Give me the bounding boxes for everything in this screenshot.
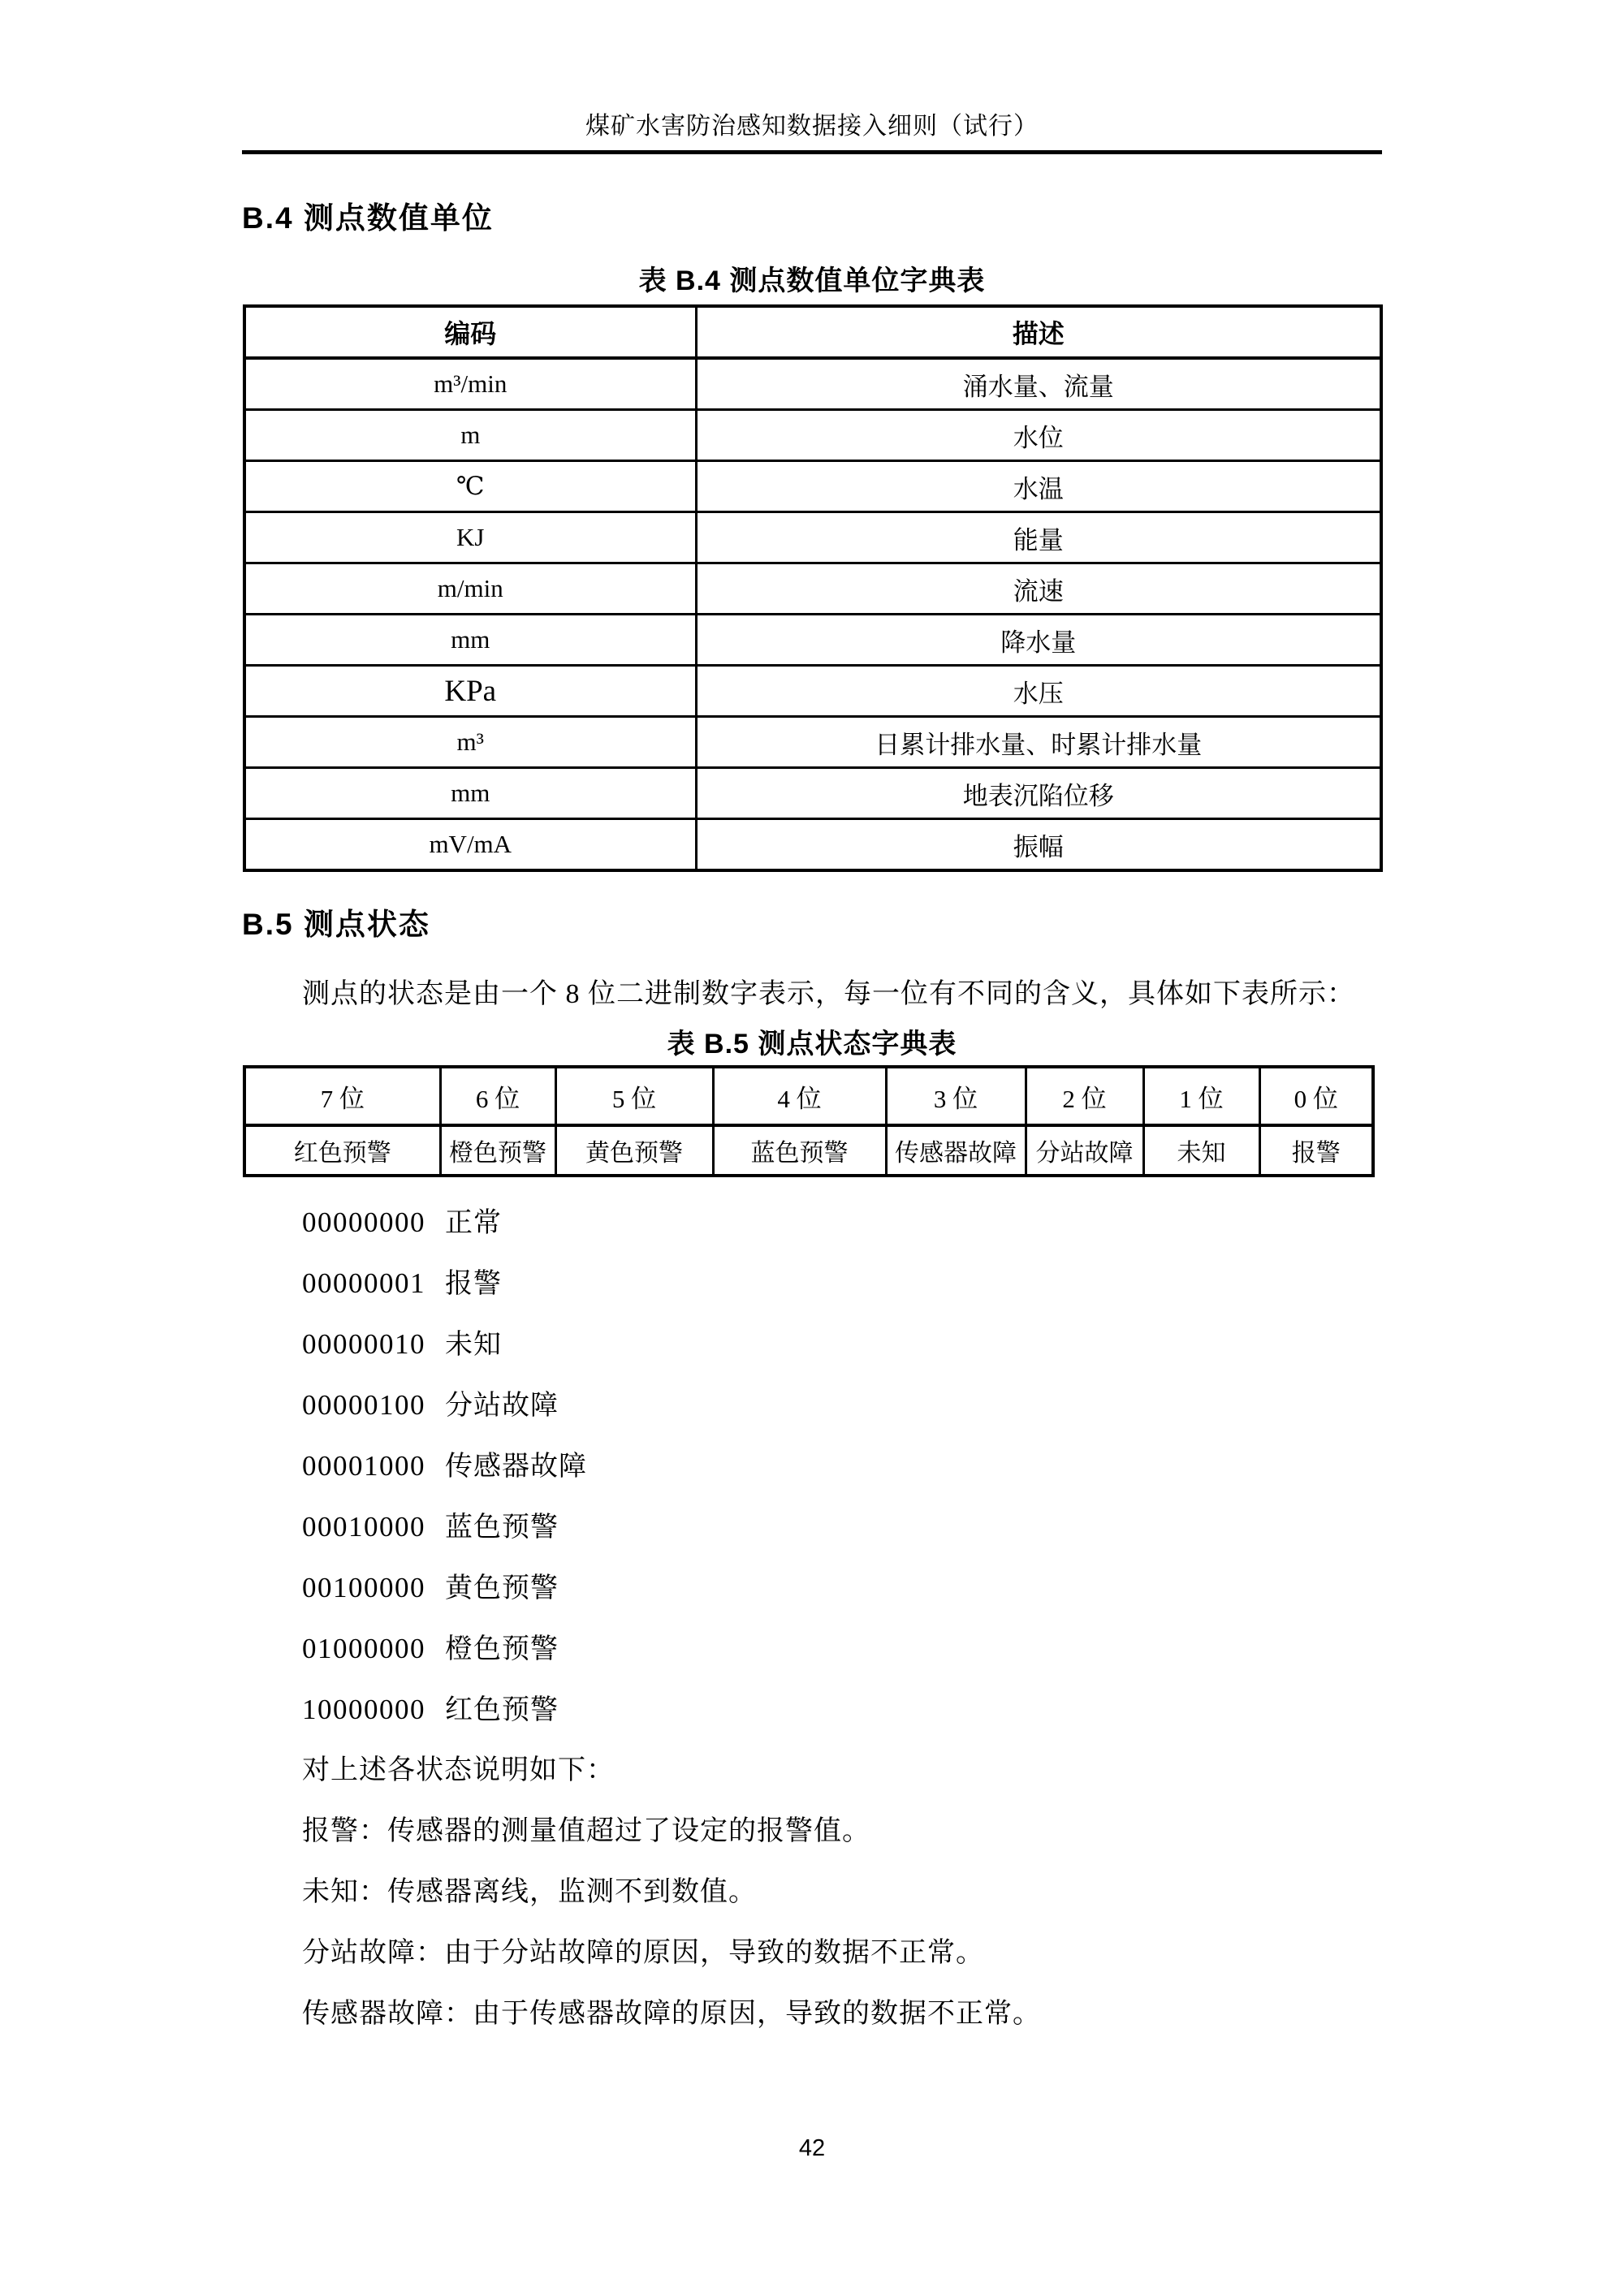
- bit-header-cell: 2 位: [1026, 1067, 1143, 1125]
- bit-meaning-cell: 蓝色预警: [713, 1125, 886, 1176]
- binary-code: 00001000: [302, 1450, 425, 1482]
- unit-desc-cell: 日累计排水量、时累计排水量: [696, 717, 1381, 768]
- table-b4-caption: 表 B.4 测点数值单位字典表: [0, 265, 1624, 297]
- table-row: m 水位: [244, 410, 1381, 461]
- unit-code-cell: m: [244, 410, 696, 461]
- notes-intro-line: 对上述各状态说明如下：: [302, 1740, 1041, 1801]
- unit-desc-cell: 降水量: [696, 615, 1381, 666]
- unit-code-cell: KJ: [244, 512, 696, 563]
- status-code-line: 01000000橙色预警: [302, 1618, 587, 1679]
- binary-code: 01000000: [302, 1633, 425, 1664]
- unit-desc-cell: 水压: [696, 666, 1381, 717]
- note-line: 未知：传感器离线，监测不到数值。: [302, 1862, 1041, 1923]
- header-divider: [242, 150, 1382, 154]
- bit-header-cell: 4 位: [713, 1067, 886, 1125]
- unit-desc-cell: 水位: [696, 410, 1381, 461]
- bit-header-cell: 0 位: [1259, 1067, 1373, 1125]
- unit-desc-cell: 能量: [696, 512, 1381, 563]
- status-code-line: 00000001报警: [302, 1253, 587, 1314]
- bit-meaning-cell: 分站故障: [1026, 1125, 1143, 1176]
- table-row: mV/mA 振幅: [244, 819, 1381, 871]
- note-line: 分站故障：由于分站故障的原因，导致的数据不正常。: [302, 1923, 1041, 1983]
- unit-code-cell: m/min: [244, 563, 696, 615]
- status-code-line: 10000000红色预警: [302, 1679, 587, 1740]
- unit-code-cell: mm: [244, 768, 696, 819]
- binary-code-label: 红色预警: [445, 1695, 559, 1725]
- bit-meaning-cell: 红色预警: [244, 1125, 440, 1176]
- table-row: KJ 能量: [244, 512, 1381, 563]
- unit-desc-cell: 流速: [696, 563, 1381, 615]
- status-code-line: 00010000蓝色预警: [302, 1496, 587, 1557]
- bit-header-cell: 7 位: [244, 1067, 440, 1125]
- binary-code: 00010000: [302, 1511, 425, 1543]
- table-b4-header-code: 编码: [244, 306, 696, 358]
- status-code-line: 00000100分站故障: [302, 1375, 587, 1435]
- status-code-list: 00000000正常 00000001报警 00000010未知 0000010…: [302, 1192, 587, 1740]
- note-line: 报警：传感器的测量值超过了设定的报警值。: [302, 1801, 1041, 1862]
- table-b5-status-dictionary: 7 位 6 位 5 位 4 位 3 位 2 位 1 位 0 位 红色预警 橙色预…: [243, 1065, 1375, 1177]
- binary-code-label: 传感器故障: [445, 1452, 587, 1482]
- binary-code-label: 报警: [445, 1269, 502, 1299]
- table-row: KPa 水压: [244, 666, 1381, 717]
- table-row: ℃ 水温: [244, 461, 1381, 512]
- table-row: mm 地表沉陷位移: [244, 768, 1381, 819]
- bit-header-cell: 5 位: [555, 1067, 713, 1125]
- binary-code-label: 未知: [445, 1330, 502, 1360]
- bit-header-cell: 6 位: [440, 1067, 555, 1125]
- binary-code-label: 蓝色预警: [445, 1513, 559, 1543]
- bit-meaning-cell: 黄色预警: [555, 1125, 713, 1176]
- table-b4-header-desc: 描述: [696, 306, 1381, 358]
- binary-code: 00000001: [302, 1267, 425, 1299]
- section-b4-heading: B.4 测点数值单位: [242, 201, 494, 235]
- table-b4-header-row: 编码 描述: [244, 306, 1381, 358]
- table-row: m³ 日累计排水量、时累计排水量: [244, 717, 1381, 768]
- table-row: m/min 流速: [244, 563, 1381, 615]
- unit-desc-cell: 振幅: [696, 819, 1381, 871]
- unit-desc-cell: 水温: [696, 461, 1381, 512]
- bit-meaning-cell: 报警: [1259, 1125, 1373, 1176]
- binary-code: 00000010: [302, 1328, 425, 1360]
- note-line: 传感器故障：由于传感器故障的原因，导致的数据不正常。: [302, 1983, 1041, 2044]
- bit-header-cell: 3 位: [886, 1067, 1026, 1125]
- binary-code: 10000000: [302, 1694, 425, 1725]
- binary-code: 00100000: [302, 1572, 425, 1603]
- status-notes: 对上述各状态说明如下： 报警：传感器的测量值超过了设定的报警值。 未知：传感器离…: [302, 1740, 1041, 2044]
- unit-desc-cell: 涌水量、流量: [696, 358, 1381, 410]
- binary-code: 00000100: [302, 1389, 425, 1421]
- unit-code-cell: ℃: [244, 461, 696, 512]
- page-header-title: 煤矿水害防治感知数据接入细则（试行）: [0, 112, 1624, 141]
- table-b4-unit-dictionary: 编码 描述 m³/min 涌水量、流量 m 水位 ℃ 水温 KJ 能量 m/mi: [243, 304, 1383, 872]
- status-code-line: 00000010未知: [302, 1314, 587, 1375]
- bit-meaning-cell: 传感器故障: [886, 1125, 1026, 1176]
- table-b5-bit-header-row: 7 位 6 位 5 位 4 位 3 位 2 位 1 位 0 位: [244, 1067, 1373, 1125]
- table-row: m³/min 涌水量、流量: [244, 358, 1381, 410]
- status-code-line: 00100000黄色预警: [302, 1557, 587, 1618]
- unit-code-cell: KPa: [244, 666, 696, 717]
- table-row: mm 降水量: [244, 615, 1381, 666]
- unit-code-cell: m³: [244, 717, 696, 768]
- unit-desc-cell: 地表沉陷位移: [696, 768, 1381, 819]
- status-code-line: 00000000正常: [302, 1192, 587, 1253]
- b5-intro-paragraph: 测点的状态是由一个 8 位二进制数字表示，每一位有不同的含义，具体如下表所示：: [302, 978, 1355, 1011]
- bit-meaning-cell: 未知: [1143, 1125, 1259, 1176]
- document-page: 煤矿水害防治感知数据接入细则（试行） B.4 测点数值单位 表 B.4 测点数值…: [0, 0, 1624, 2296]
- table-b5-bit-meaning-row: 红色预警 橙色预警 黄色预警 蓝色预警 传感器故障 分站故障 未知 报警: [244, 1125, 1373, 1176]
- binary-code-label: 橙色预警: [445, 1634, 559, 1664]
- unit-code-cell: m³/min: [244, 358, 696, 410]
- table-b5-caption: 表 B.5 测点状态字典表: [0, 1028, 1624, 1060]
- bit-meaning-cell: 橙色预警: [440, 1125, 555, 1176]
- binary-code-label: 正常: [445, 1208, 502, 1238]
- binary-code: 00000000: [302, 1206, 425, 1238]
- unit-code-cell: mm: [244, 615, 696, 666]
- page-number: 42: [0, 2135, 1624, 2162]
- section-b5-heading: B.5 测点状态: [242, 908, 430, 942]
- bit-header-cell: 1 位: [1143, 1067, 1259, 1125]
- binary-code-label: 分站故障: [445, 1391, 559, 1421]
- unit-code-cell: mV/mA: [244, 819, 696, 871]
- binary-code-label: 黄色预警: [445, 1573, 559, 1603]
- status-code-line: 00001000传感器故障: [302, 1435, 587, 1496]
